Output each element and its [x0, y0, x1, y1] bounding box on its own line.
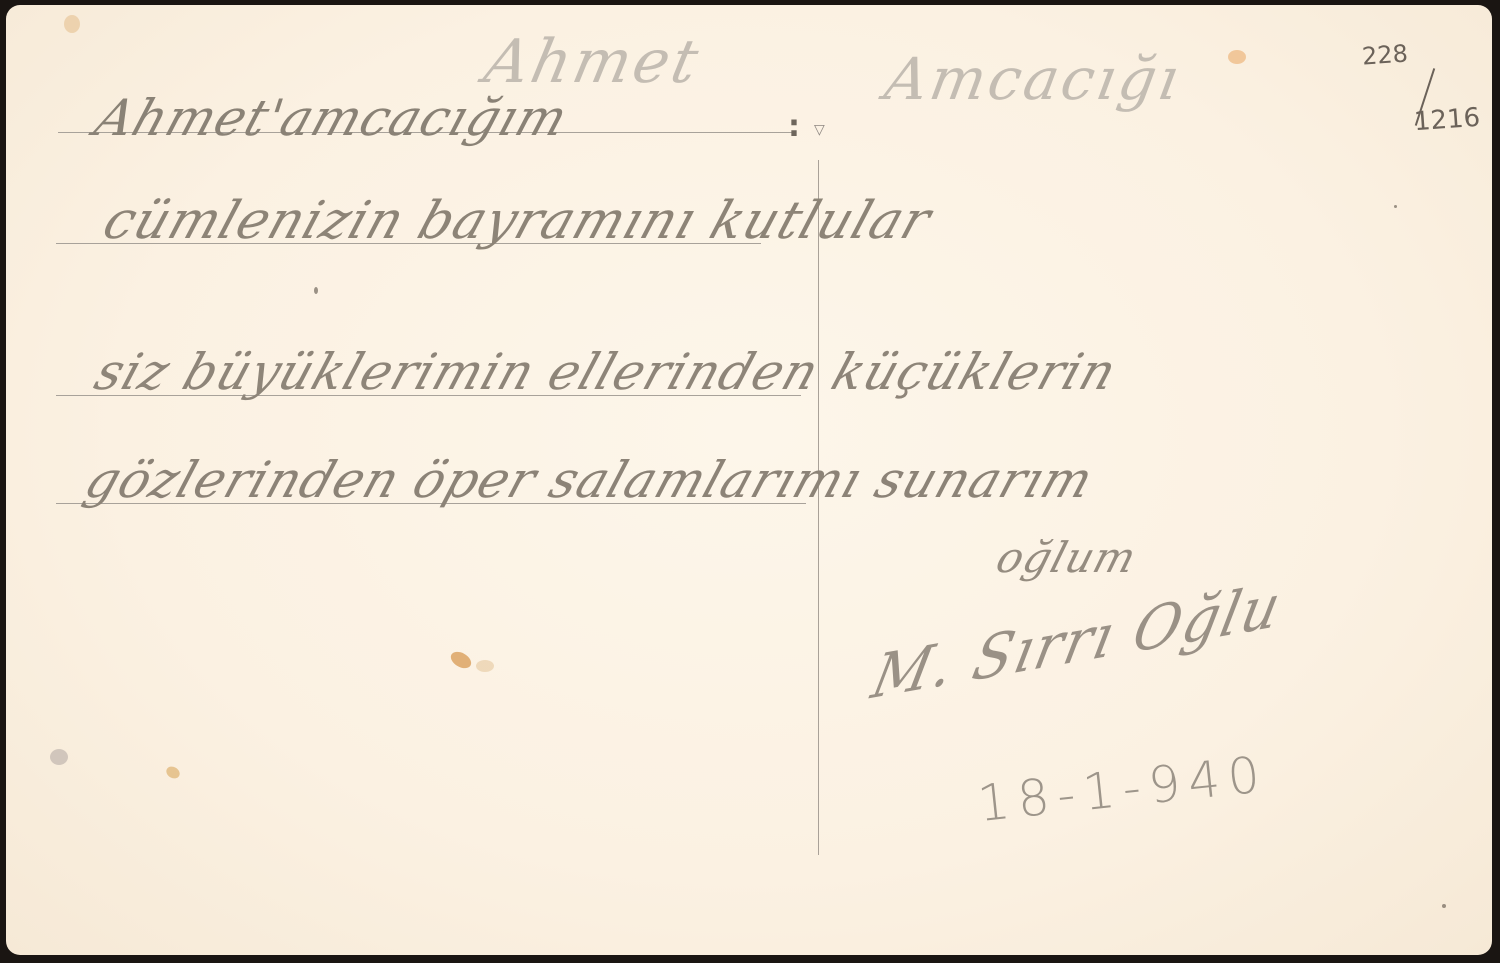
- message-line-2: cümlenizin bayramını kutlular: [96, 191, 939, 251]
- pencil-annotation-amcacigi: Amcacığı: [880, 45, 1187, 113]
- closing-oglum: oğlum: [991, 533, 1143, 582]
- triangle-marker-icon: ▽: [814, 122, 825, 138]
- catalog-number-top: 228: [1361, 39, 1409, 70]
- pencil-annotation-name: Ahmet: [479, 27, 707, 97]
- postcard-back: Ahmet Amcacığı 228 1216 Ahmet'amcacığım …: [6, 5, 1492, 955]
- signature: M. Sırrı Oğlu: [866, 569, 1289, 713]
- message-line-4: gözlerinden öper salamlarımı sunarım: [78, 451, 1101, 509]
- greeting-colon: :: [788, 109, 800, 144]
- stain-dot-2: [1394, 205, 1397, 208]
- stain-bottom-left: [164, 764, 182, 781]
- message-line-greeting: Ahmet'amcacığım: [88, 89, 575, 147]
- stain-dot: [1442, 904, 1446, 908]
- stain-top-right: [1228, 50, 1246, 64]
- stain-top-left: [64, 15, 80, 33]
- stain-dot-3: [314, 287, 318, 294]
- message-line-3: siz büyüklerimin ellerinden küçüklerin: [88, 343, 1124, 401]
- stain-grey-left: [50, 749, 68, 765]
- stain-mid-left-2: [476, 660, 494, 672]
- catalog-number-bottom: 1216: [1413, 103, 1481, 138]
- date: 18-1-940: [975, 745, 1270, 833]
- stain-mid-left: [448, 648, 474, 671]
